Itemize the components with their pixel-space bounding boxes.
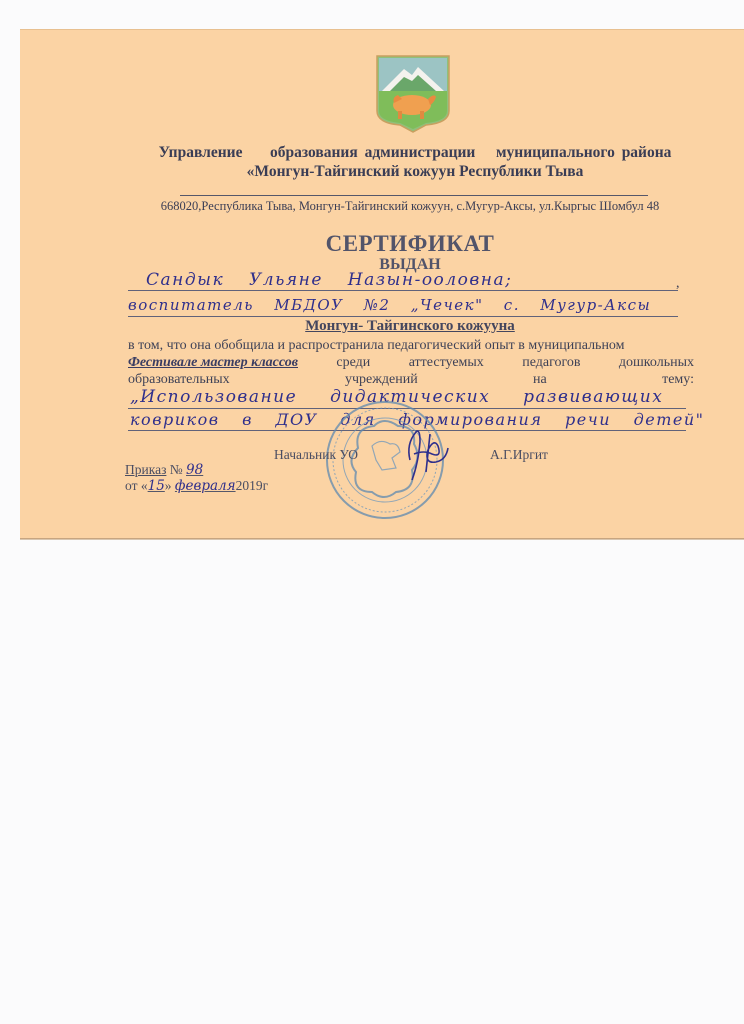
- order-day: 15: [148, 478, 165, 494]
- order-month: февраля: [175, 478, 236, 494]
- body-line-1: в том, что она обобщила и распространила…: [128, 338, 694, 354]
- body-word: аттестуемых: [409, 355, 484, 371]
- header-organization-line2: «Монгун-Тайгинский кожуун Республики Тыв…: [120, 163, 710, 181]
- header-divider: [180, 195, 648, 196]
- body-line-3: образовательных учреждений на тему:: [128, 372, 694, 388]
- order-date: от «15» февраля2019г: [125, 478, 268, 494]
- recipient-position-handwritten: воспитатель МБДОУ №2 „Чечек" с. Мугур-Ак…: [128, 296, 651, 314]
- coat-of-arms-icon: [374, 53, 452, 133]
- body-word: дошкольных: [619, 355, 694, 371]
- body-word: на: [533, 372, 547, 388]
- body-word: среди: [336, 355, 370, 371]
- order-date-mid: »: [165, 478, 175, 493]
- body-word: педагогов: [522, 355, 580, 371]
- certificate-title: СЕРТИФИКАТ: [120, 231, 700, 257]
- signatory-name: А.Г.Иргит: [490, 447, 548, 463]
- order-number: Приказ № 98: [125, 462, 203, 478]
- body-word: образовательных: [128, 372, 230, 388]
- order-number-sign: №: [170, 462, 183, 477]
- order-label: Приказ: [125, 462, 166, 477]
- header-address: 668020,Республика Тыва, Монгун-Тайгински…: [120, 199, 700, 214]
- festival-name: Фестивале мастер классов: [128, 355, 298, 371]
- order-number-value: 98: [186, 462, 203, 478]
- order-date-prefix: от «: [125, 478, 148, 493]
- district-text: Монгун- Тайгинского кожууна: [305, 318, 515, 334]
- recipient-name-underline: [128, 290, 678, 291]
- recipient-trailing-comma: ,: [676, 276, 680, 292]
- signatory-title: Начальник УО: [274, 447, 358, 463]
- recipient-district: Монгун- Тайгинского кожууна: [120, 318, 700, 335]
- signature-icon: [402, 424, 452, 482]
- body-word: тему:: [662, 372, 694, 388]
- body-line-2: Фестивале мастер классов среди аттестуем…: [128, 355, 694, 371]
- recipient-position-underline: [128, 316, 678, 317]
- recipient-name-handwritten: Сандык Ульяне Назын-ооловна;: [146, 270, 512, 290]
- order-year: 2019г: [236, 478, 269, 493]
- header-organization-line1: Управление образования администрации мун…: [120, 144, 710, 162]
- body-word: учреждений: [345, 372, 418, 388]
